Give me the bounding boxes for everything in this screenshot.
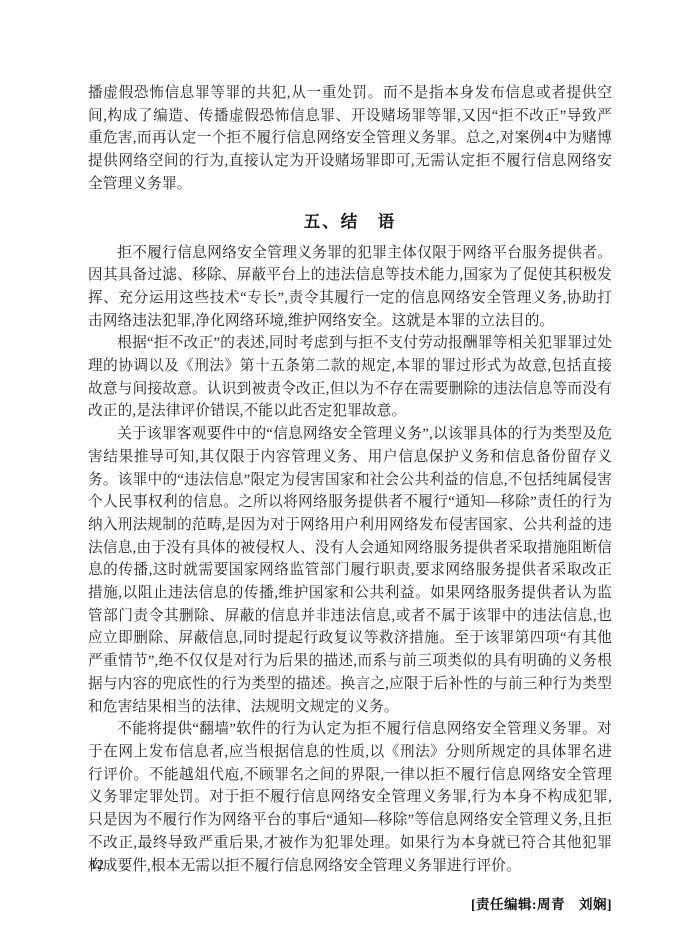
paragraph: 不能将提供“翻墙”软件的行为认定为拒不履行信息网络安全管理义务罪。对于在网上发布… [88,718,612,877]
paragraph: 根据“拒不改正”的表述,同时考虑到与拒不支付劳动报酬罪等相关犯罪罪过处理的协调以… [88,332,612,423]
paper-page: 播虚假恐怖信息罪等罪的共犯,从一重处罚。而不是指本身发布信息或者提供空间,构成了… [0,0,700,943]
paragraph: 关于该罪客观要件中的“信息网络安全管理义务”,以该罪具体的行为类型及危害结果推导… [88,423,612,718]
paragraph-continuation: 播虚假恐怖信息罪等罪的共犯,从一重处罚。而不是指本身发布信息或者提供空间,构成了… [88,82,612,196]
paragraph: 拒不履行信息网络安全管理义务罪的犯罪主体仅限于网络平台服务提供者。因其具备过滤、… [88,242,612,333]
section-heading-conclusion: 五、结 语 [88,208,612,232]
editor-credit: [责任编辑:周青 刘娴] [88,893,612,913]
article-body: 播虚假恐怖信息罪等罪的共犯,从一重处罚。而不是指本身发布信息或者提供空间,构成了… [88,82,612,913]
page-number: 12 [90,858,104,874]
